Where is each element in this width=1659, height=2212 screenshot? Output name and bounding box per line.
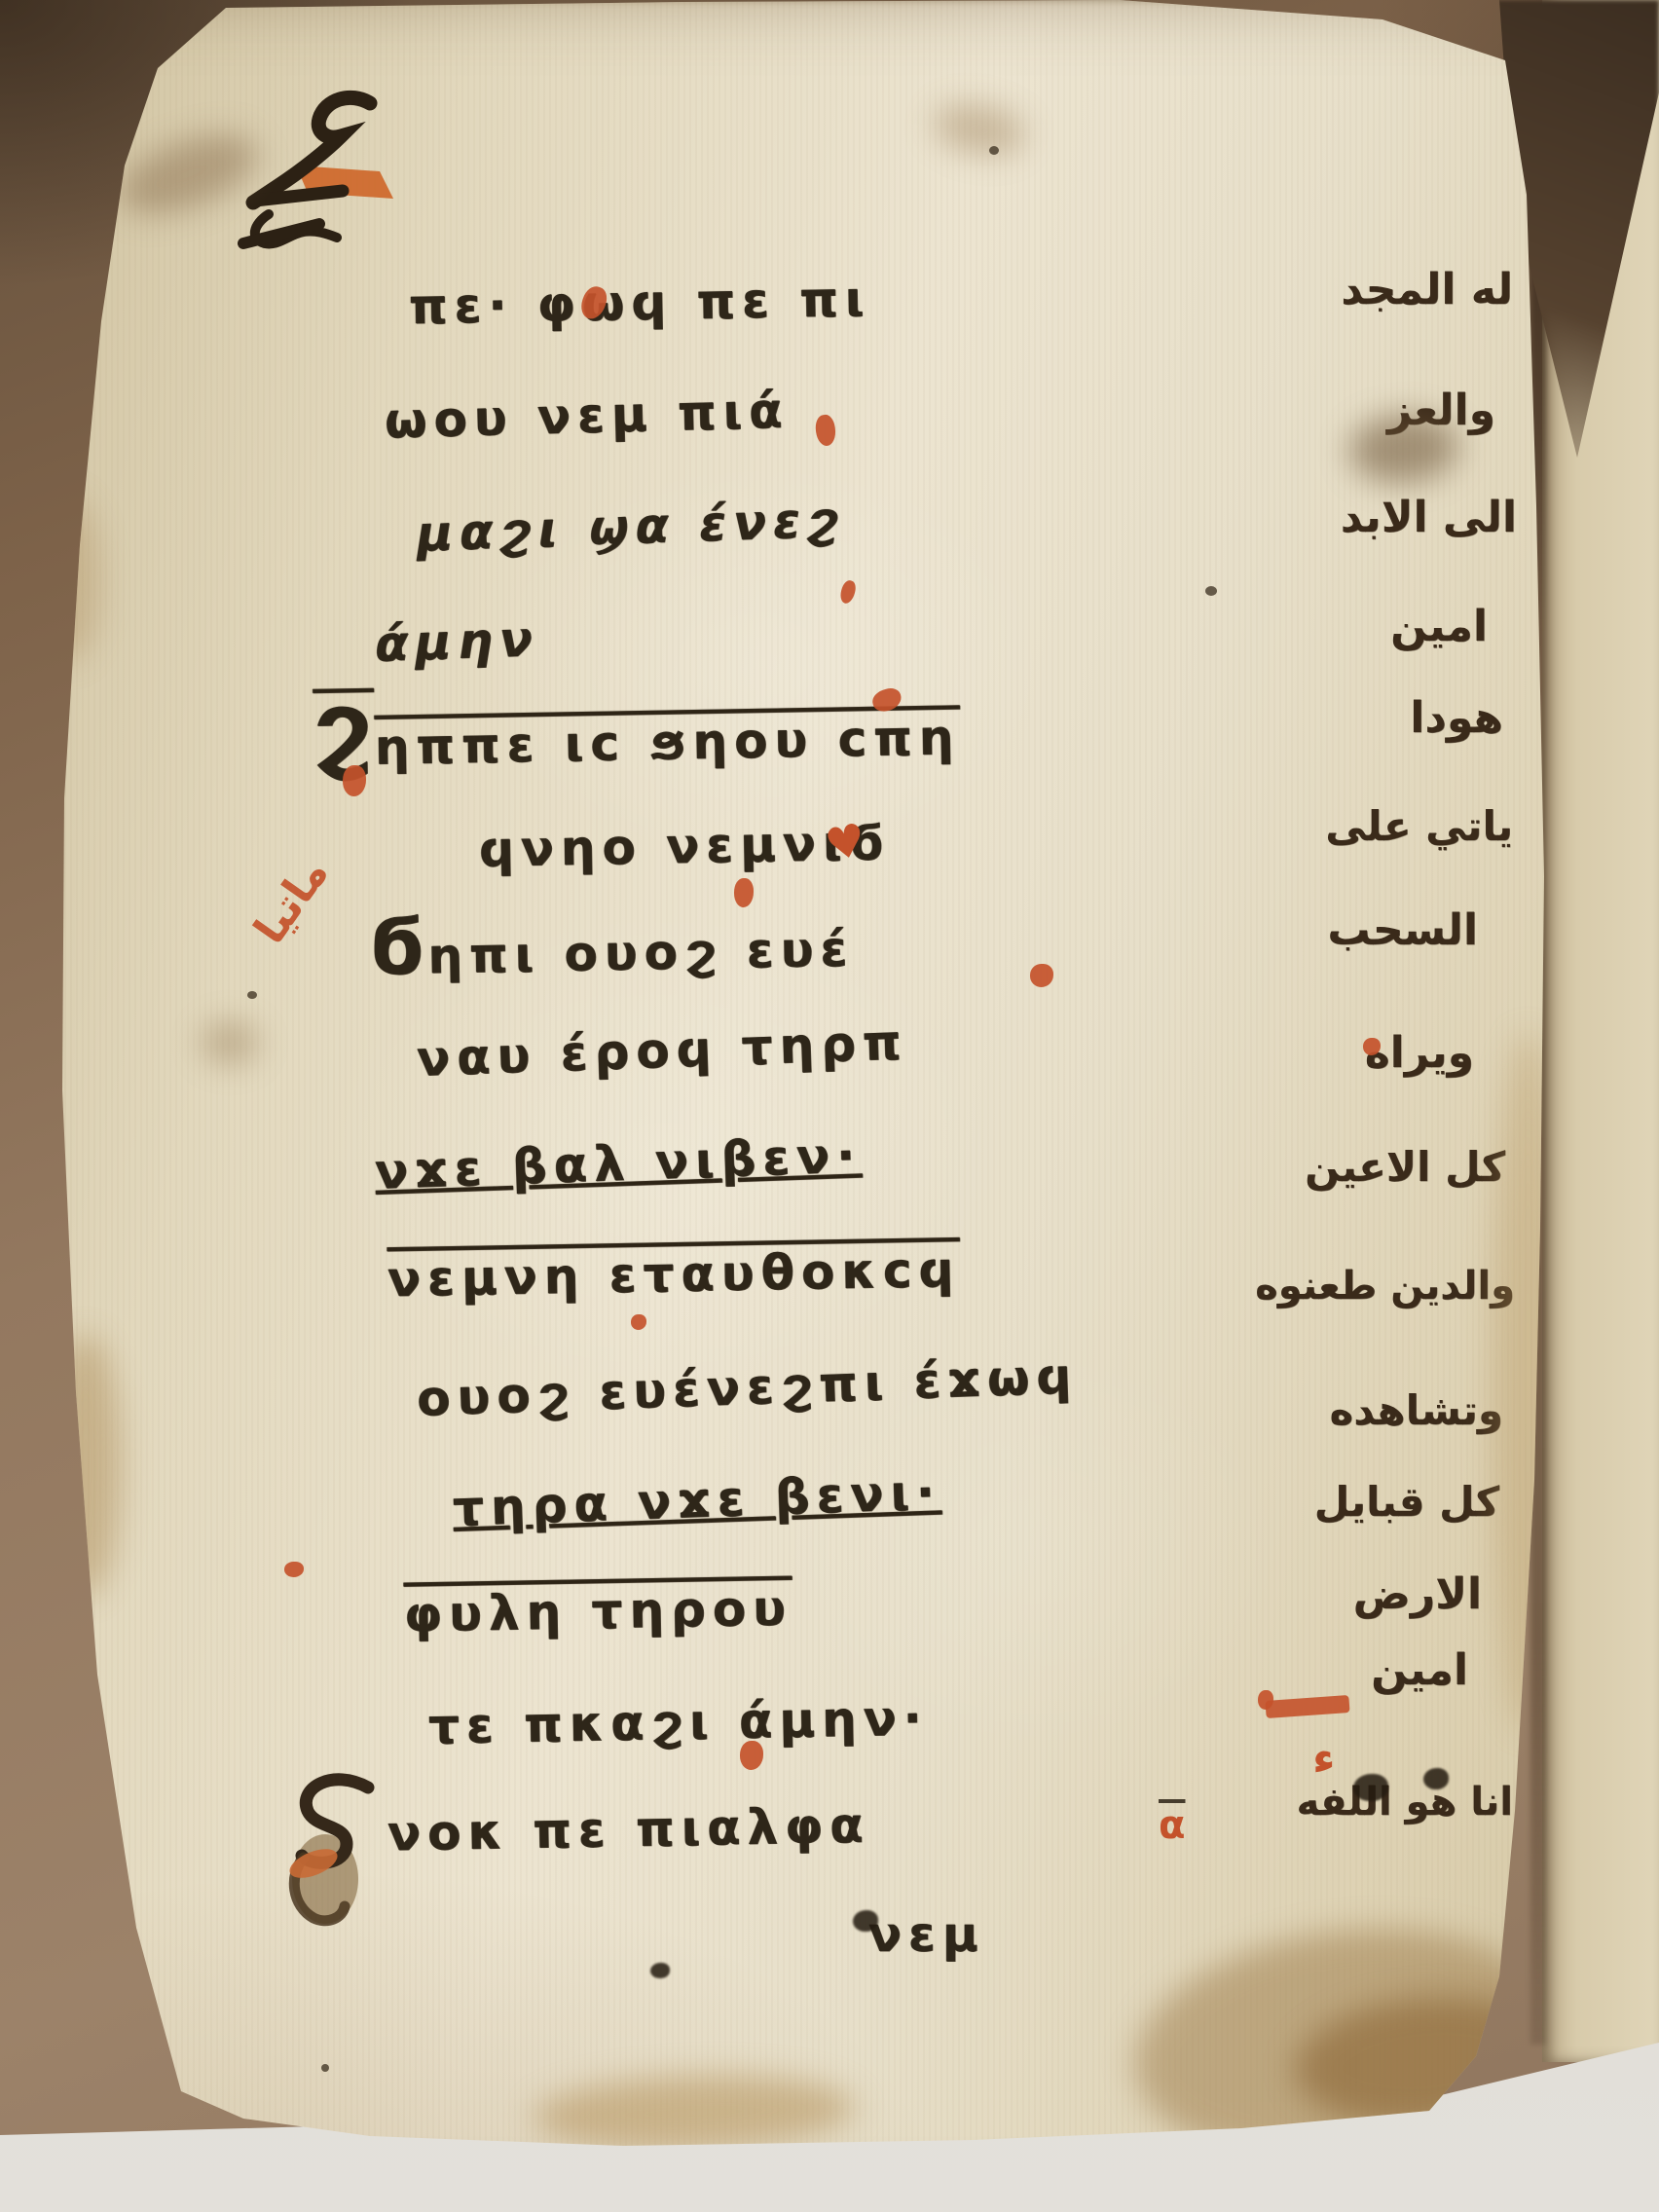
red-marginal-note: ماتيا bbox=[244, 849, 338, 953]
arabic-gloss: امين bbox=[1371, 1645, 1468, 1695]
red-alpha-mark: α bbox=[1159, 1803, 1185, 1848]
stain bbox=[39, 497, 99, 662]
stain bbox=[201, 1020, 259, 1065]
coptic-line: πε· φωϥ πε πι bbox=[409, 271, 871, 335]
coptic-line: ναυ έροϥ τηρπ bbox=[416, 1014, 908, 1088]
red-ink-dot bbox=[838, 579, 857, 606]
coptic-line: φυλη τηρου bbox=[404, 1580, 793, 1643]
ink-blot bbox=[650, 1963, 670, 1978]
arabic-gloss: الى الابد bbox=[1341, 493, 1517, 542]
coptic-line: μαϩι ϣα ένεϩ bbox=[416, 491, 846, 562]
red-ink-dot bbox=[1030, 964, 1053, 987]
stain bbox=[929, 97, 1029, 162]
arabic-gloss: الارض bbox=[1353, 1569, 1482, 1619]
coptic-line: ωου νεμ πιά bbox=[384, 383, 790, 450]
illuminated-initial bbox=[275, 1774, 391, 1939]
arabic-gloss: له المجد bbox=[1341, 265, 1513, 314]
red-ink-dot bbox=[284, 1562, 304, 1577]
red-ink-dot bbox=[631, 1314, 646, 1330]
red-ink-dash bbox=[1265, 1695, 1349, 1718]
coptic-line: νοκ πε πιαλφα bbox=[387, 1797, 871, 1862]
manuscript-page: ماتيا ء α πε· φωϥ πε πιωου νεμ πιάμαϩι ϣ… bbox=[0, 0, 1659, 2212]
fly-speck bbox=[247, 991, 257, 999]
coptic-line: ϭηπι ουοϩ ευέ bbox=[367, 894, 855, 993]
stain bbox=[533, 2070, 856, 2155]
coptic-line: άμην bbox=[374, 610, 540, 673]
red-ink-dot bbox=[814, 414, 837, 447]
coptic-line: νϫε βαλ νιβεν· bbox=[374, 1126, 863, 1199]
fly-speck bbox=[1205, 586, 1217, 596]
red-ink-dot bbox=[740, 1741, 763, 1770]
arabic-gloss: هودا bbox=[1410, 693, 1503, 743]
fly-speck bbox=[989, 146, 999, 155]
coptic-line: ουοϩ ευένεϩπι έϫωϥ bbox=[416, 1347, 1079, 1427]
arabic-gloss: انا هو اللفه bbox=[1296, 1780, 1513, 1825]
arabic-gloss: ويراه bbox=[1365, 1028, 1474, 1078]
coptic-line: νεμνη εταυθοκϲϥ bbox=[387, 1241, 961, 1308]
arabic-gloss: والدين طعنوه bbox=[1255, 1264, 1515, 1309]
arabic-gloss: السحب bbox=[1327, 905, 1478, 955]
arabic-gloss: كل الاعين bbox=[1305, 1143, 1505, 1191]
coptic-line: τε πκαϩι άμην· bbox=[428, 1690, 930, 1755]
arabic-gloss: ياتي على bbox=[1325, 802, 1513, 850]
ink-blot bbox=[1353, 1774, 1388, 1801]
ink-blot bbox=[853, 1910, 878, 1932]
quire-mark bbox=[226, 90, 411, 245]
red-ink-dot bbox=[343, 765, 366, 796]
coptic-line: νεμ bbox=[868, 1906, 985, 1963]
coptic-line: Ϩηππε ιϲ ϧηου ϲπη bbox=[313, 682, 961, 784]
arabic-gloss: كل قبايل bbox=[1314, 1478, 1499, 1526]
fly-speck bbox=[321, 2064, 329, 2072]
arabic-gloss: امين bbox=[1390, 602, 1488, 651]
ink-blot bbox=[1423, 1768, 1449, 1789]
photo-canvas: ماتيا ء α πε· φωϥ πε πιωου νεμ πιάμαϩι ϣ… bbox=[0, 0, 1659, 2212]
stain bbox=[51, 1334, 121, 1597]
arabic-gloss: وتشاهده bbox=[1329, 1386, 1503, 1434]
red-section-mark: ء bbox=[1312, 1731, 1336, 1784]
coptic-line: τηρα νϫε βενι· bbox=[452, 1463, 942, 1536]
